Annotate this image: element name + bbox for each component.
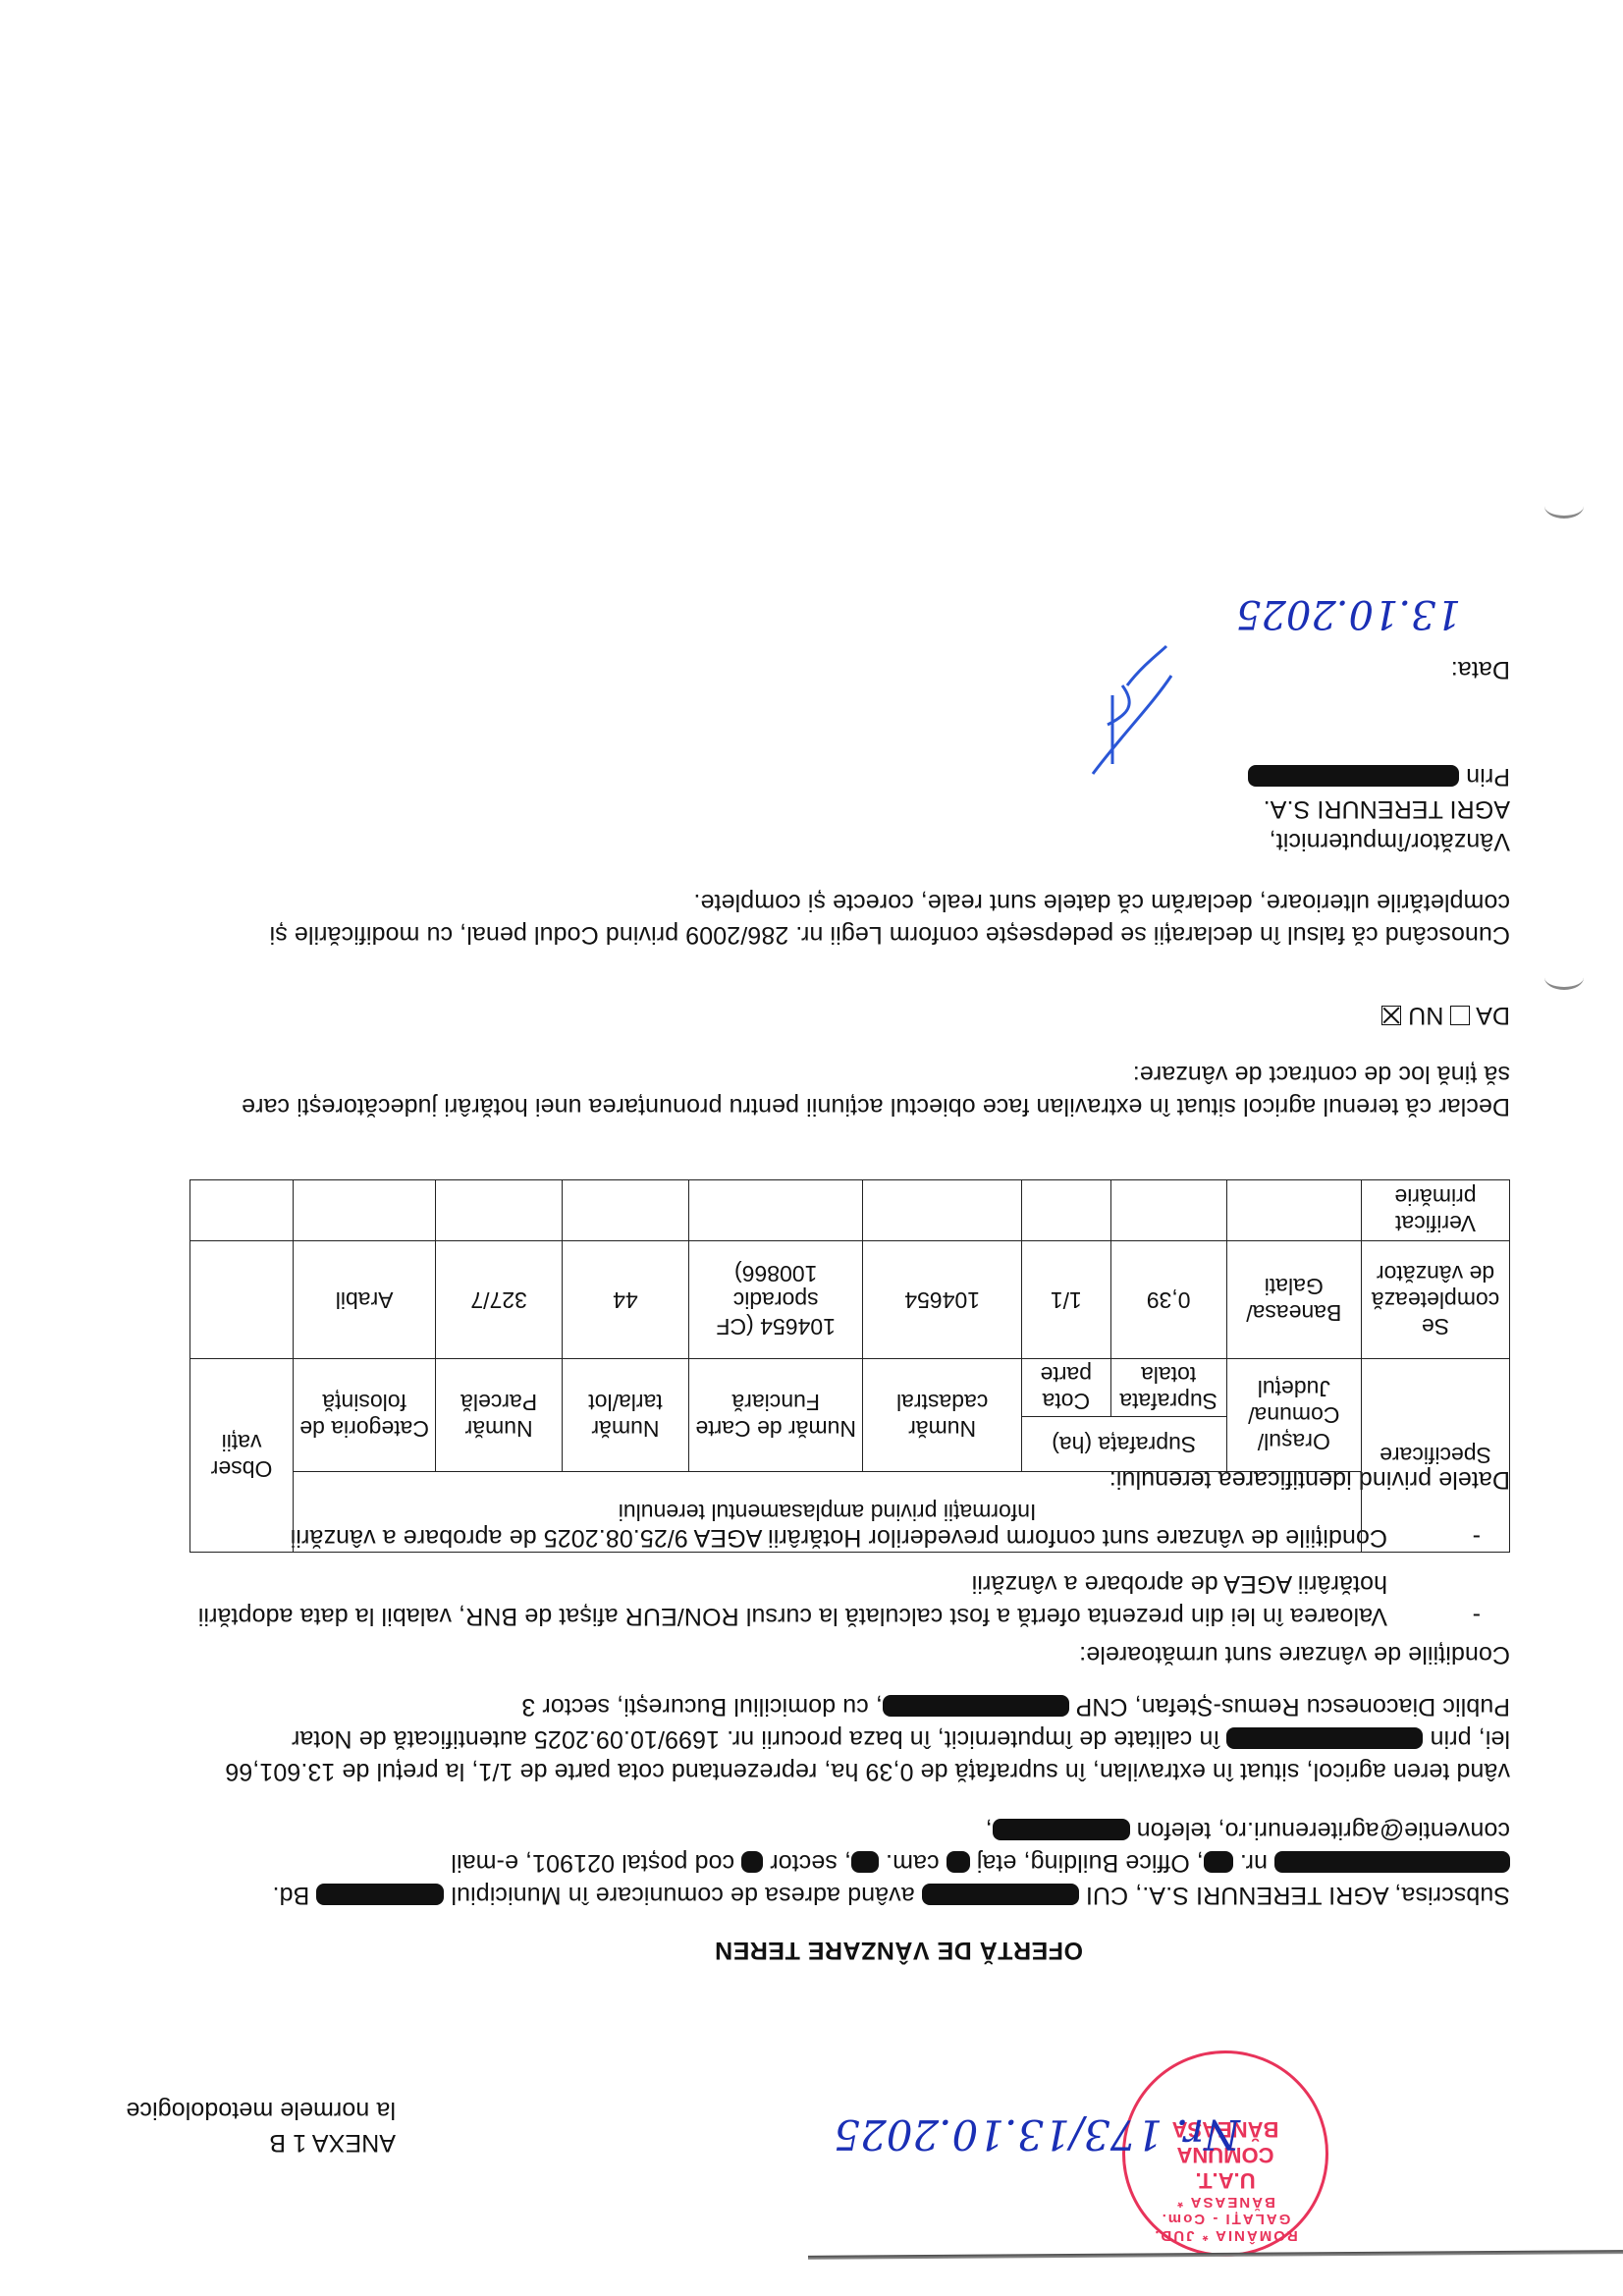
declaration-line-2: să țină loc de contract de vânzare: — [106, 1058, 1510, 1090]
annex-label: ANEXA 1 B — [269, 2126, 396, 2159]
table-row: Verificat primărie — [190, 1180, 1510, 1241]
intro-line-3: conventie@agriterenuri.ro, telefon , — [106, 1814, 1510, 1846]
cell-tarla — [563, 1180, 689, 1241]
cell-category: Arabil — [294, 1241, 436, 1359]
row-label: Se completează de vânzător — [1362, 1241, 1510, 1359]
date-label: Data: — [1451, 653, 1510, 685]
intro-line-5: lei, prin în calitate de împuternicit, î… — [106, 1722, 1510, 1755]
yes-no-options: DA NU — [106, 999, 1510, 1031]
row-header-specificare: Specificare — [1362, 1359, 1510, 1553]
registration-number: Nr. 173/13.10.2025 — [834, 2110, 1240, 2159]
option-da-label: DA — [1477, 1002, 1510, 1029]
cell-cadastral: 104654 — [863, 1241, 1021, 1359]
option-nu-label: NU — [1408, 1002, 1443, 1029]
conditions-heading: Condițiile de vânzare sunt următoarele: — [106, 1638, 1510, 1670]
date-value: 13.10.2025 — [1236, 591, 1461, 636]
hole-punch-mark — [1544, 494, 1584, 519]
cell-parcel — [436, 1180, 563, 1241]
redacted-street — [1274, 1851, 1510, 1873]
col-header-locality: Orașul/ Comuna/ Județul — [1226, 1359, 1362, 1472]
col-header-category: Categoria de folosință — [294, 1359, 436, 1472]
cell-land-book: 104654 (CF sporadic 100866) — [688, 1241, 863, 1359]
cell-locality — [1226, 1180, 1362, 1241]
cell-notes — [190, 1241, 294, 1359]
annex-subtitle: la normele metodologice — [126, 2094, 396, 2126]
handwritten-signature — [1063, 636, 1181, 784]
table-group-header: Informații privind amplasamentul terenul… — [294, 1472, 1362, 1553]
signer-role: Vânzător/împuternicit, — [1248, 825, 1510, 857]
col-header-share: Cota parte — [1021, 1359, 1110, 1417]
land-identification-table: Specificare Informații privind amplasame… — [189, 1179, 1510, 1553]
redacted-representative-name — [1248, 765, 1459, 787]
intro-line-2: nr. , Office Building, etaj cam. , secto… — [106, 1846, 1510, 1879]
declaration-section: Declar că terenul agricol situat în extr… — [106, 999, 1510, 1122]
col-header-notes: Obser vații — [190, 1359, 294, 1553]
intro-line-4: vând teren agricol, situat în extravilan… — [106, 1755, 1510, 1787]
col-header-parcel: Număr Parcelă — [436, 1359, 563, 1472]
cell-share — [1021, 1180, 1110, 1241]
signature-block: Vânzător/împuternicit, AGRI TERENURI S.A… — [1248, 760, 1510, 857]
document-page: ROMÂNIA * JUD. GALAȚI - Com. BĂNEASA * U… — [0, 0, 1623, 2296]
signer-company: AGRI TERENURI S.A. — [1248, 793, 1510, 825]
redacted-room — [851, 1851, 879, 1873]
cell-surface-total — [1110, 1180, 1226, 1241]
redacted-cnp — [883, 1695, 1069, 1717]
col-header-cadastral: Număr cadastral — [863, 1359, 1021, 1472]
cell-locality: Baneasa/ Galati — [1226, 1241, 1362, 1359]
cell-category — [294, 1180, 436, 1241]
declaration-line-1: Declar că terenul agricol situat în extr… — [106, 1090, 1510, 1122]
checkbox-da[interactable] — [1450, 1006, 1470, 1025]
redacted-number — [1204, 1851, 1233, 1873]
col-header-tarla: Număr tarla/lot — [563, 1359, 689, 1472]
stamp-ring-text: ROMÂNIA * JUD. GALAȚI - Com. BĂNEASA * — [1125, 2194, 1325, 2244]
intro-line-1: Subscrisa, AGRI TERENURI S.A., CUI având… — [106, 1879, 1510, 1911]
col-header-surface-total: Suprafata totala — [1110, 1359, 1226, 1417]
intro-line-6: Public Diaconescu Remus-Ștefan, CNP , cu… — [106, 1690, 1510, 1722]
cell-parcel: 327/7 — [436, 1241, 563, 1359]
penalty-line-2: completările ulterioare, declarăm că dat… — [106, 886, 1510, 918]
redacted-representative — [1226, 1727, 1423, 1749]
redacted-cui — [922, 1884, 1079, 1905]
table-row: Se completează de vânzător Baneasa/ Gala… — [190, 1241, 1510, 1359]
page-title: OFERTĂ DE VÂNZARE TEREN — [715, 1936, 1083, 1964]
hole-punch-mark — [1544, 965, 1584, 990]
redacted-floor — [947, 1851, 970, 1873]
cell-share: 1/1 — [1021, 1241, 1110, 1359]
col-header-land-book: Număr de Carte Funciară — [688, 1359, 863, 1472]
cell-notes — [190, 1180, 294, 1241]
stamp-line-1: U.A.T. — [1125, 2167, 1325, 2193]
penalty-statement: Cunoscând că falsul în declarații se ped… — [106, 886, 1510, 951]
signer-representative: Prin — [1248, 760, 1510, 793]
intro-paragraph: Subscrisa, AGRI TERENURI S.A., CUI având… — [106, 1690, 1510, 1911]
row-label: Verificat primărie — [1362, 1180, 1510, 1241]
checkbox-nu[interactable] — [1381, 1006, 1401, 1025]
penalty-line-1: Cunoscând că falsul în declarații se ped… — [106, 918, 1510, 951]
col-header-surface: Suprafața (ha) — [1021, 1417, 1226, 1472]
cell-surface-total: 0,39 — [1110, 1241, 1226, 1359]
redacted-city — [316, 1884, 444, 1905]
cell-land-book — [688, 1180, 863, 1241]
cell-cadastral — [863, 1180, 1021, 1241]
redacted-phone — [993, 1819, 1130, 1840]
cell-tarla: 44 — [563, 1241, 689, 1359]
redacted-sector — [741, 1851, 763, 1873]
condition-item: - Valoarea în lei din prezenta ofertă a … — [106, 1567, 1510, 1632]
